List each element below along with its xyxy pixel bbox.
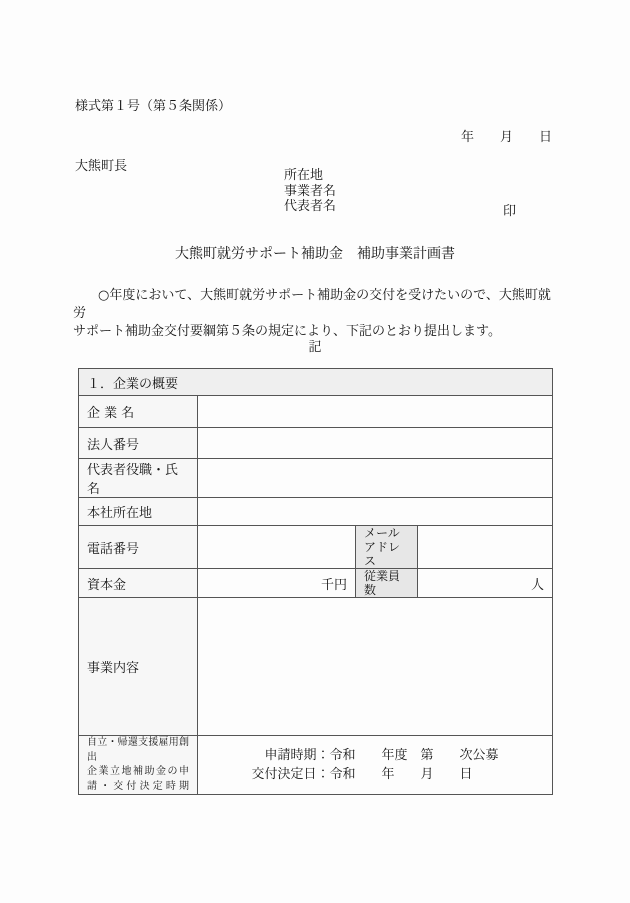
company-name-label: 企 業 名 [79, 396, 198, 428]
record-mark: 記 [0, 336, 630, 355]
capital-unit: 千円 [198, 569, 356, 598]
table-row-capital-employees: 資本金 千円 従業員数 人 [79, 569, 553, 598]
form-number: 様式第１号（第５条関係） [75, 95, 231, 114]
corporate-number-label: 法人番号 [79, 428, 198, 459]
table-row-section-header: １．企業の概要 [79, 369, 553, 396]
document-title: 大熊町就労サポート補助金 補助事業計画書 [0, 243, 630, 263]
table-row-corporate-number: 法人番号 [79, 428, 553, 459]
applicant-representative-label: 代表者名 [284, 199, 336, 215]
employees-unit: 人 [418, 569, 553, 598]
representative-value [198, 459, 553, 498]
company-name-value [198, 396, 553, 428]
head-office-label: 本社所在地 [79, 498, 198, 526]
applicant-block: 所在地 事業者名 代表者名 [284, 168, 336, 215]
email-value [418, 526, 553, 569]
business-description-label: 事業内容 [79, 598, 198, 736]
capital-label: 資本金 [79, 569, 198, 598]
company-overview-table: １．企業の概要 企 業 名 法人番号 代表者役職・氏名 本社所在地 電話番号 メ… [78, 368, 553, 795]
applicant-business-name-label: 事業者名 [284, 184, 336, 200]
head-office-value [198, 498, 553, 526]
email-label: メール アドレス [356, 526, 418, 569]
body-paragraph: ○年度において、大熊町就労サポート補助金の交付を受けたいので、大熊町就労 サポー… [73, 287, 559, 341]
table-row-phone-email: 電話番号 メール アドレス [79, 526, 553, 569]
table-row-prior-subsidy-period: 自立・帰還支援雇用創出 企業立地補助金の申 請・交付決定時期 申請時期：令和 年… [79, 736, 553, 795]
table-row-representative: 代表者役職・氏名 [79, 459, 553, 498]
representative-label: 代表者役職・氏名 [79, 459, 198, 498]
applicant-address-label: 所在地 [284, 168, 336, 184]
phone-value [198, 526, 356, 569]
table-row-head-office: 本社所在地 [79, 498, 553, 526]
employees-label: 従業員数 [356, 569, 418, 598]
section-title: １．企業の概要 [79, 369, 553, 396]
business-description-value [198, 598, 553, 736]
table-row-business-description: 事業内容 [79, 598, 553, 736]
prior-subsidy-period-value: 申請時期：令和 年度 第 次公募 交付決定日：令和 年 月 日 [198, 736, 553, 795]
prior-subsidy-period-label: 自立・帰還支援雇用創出 企業立地補助金の申 請・交付決定時期 [79, 736, 198, 795]
date-line: 年 月 日 [461, 126, 552, 145]
phone-label: 電話番号 [79, 526, 198, 569]
addressee: 大熊町長 [75, 155, 127, 174]
document-page: 様式第１号（第５条関係） 年 月 日 大熊町長 所在地 事業者名 代表者名 印 … [0, 0, 630, 903]
table-row-company-name: 企 業 名 [79, 396, 553, 428]
seal-mark: 印 [503, 200, 516, 219]
corporate-number-value [198, 428, 553, 459]
prior-subsidy-period-lines: 申請時期：令和 年度 第 次公募 交付決定日：令和 年 月 日 [252, 746, 499, 784]
